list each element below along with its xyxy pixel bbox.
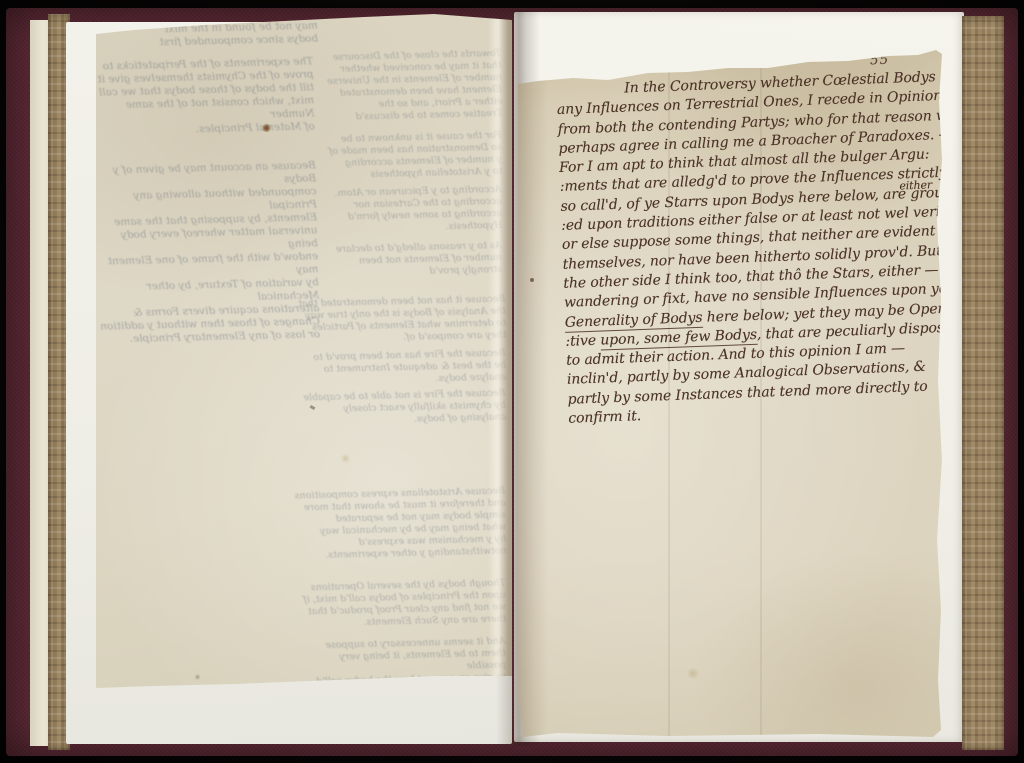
right-manuscript-page: 55 In the Controversy whether Cœlestial …	[518, 40, 946, 740]
stain-spot	[194, 674, 201, 680]
stain-spot	[340, 454, 351, 463]
showthrough-text-block: Because an account may be given of y Bod…	[94, 159, 320, 346]
showthrough-text-block: Because it has not been demonstrated tha…	[293, 293, 506, 346]
photo-backdrop: may not be found in the mixtbodys since …	[0, 0, 1024, 763]
showthrough-text-block: As to y reasons alledg'd to declarenumbe…	[332, 240, 503, 280]
manuscript-text-block: In the Controversy whether Cœlestial Bod…	[556, 68, 960, 429]
showthrough-text-block: Though bodys by the several Operationsup…	[297, 577, 506, 630]
showthrough-text-block: The experiments of the Peripateticks top…	[95, 55, 315, 138]
showthrough-text-block: Because Aristotelians express compositio…	[293, 485, 507, 562]
showthrough-text-block: Towards the close of the Discoursethat i…	[325, 48, 503, 124]
showthrough-text-block: Because the Fire has not been prov'd tob…	[298, 347, 507, 388]
interlinear-insertion: either	[899, 175, 932, 195]
manuscript-line-14-pre: :tive	[565, 332, 600, 349]
left-manuscript-page: may not be found in the mixtbodys since …	[94, 14, 512, 692]
showthrough-text-block: For the cause it is unknown to beso Demo…	[321, 130, 502, 182]
showthrough-text-block: According to y Epicurean or Atom.accordi…	[321, 184, 502, 236]
stain-spot	[262, 124, 271, 132]
stain-spot	[686, 668, 700, 679]
gutter-shade	[518, 40, 548, 740]
showthrough-text-block: Because the Fire is not able to be capab…	[298, 387, 507, 428]
right-leaf-edges	[962, 16, 1004, 750]
stain-spot	[530, 278, 534, 282]
